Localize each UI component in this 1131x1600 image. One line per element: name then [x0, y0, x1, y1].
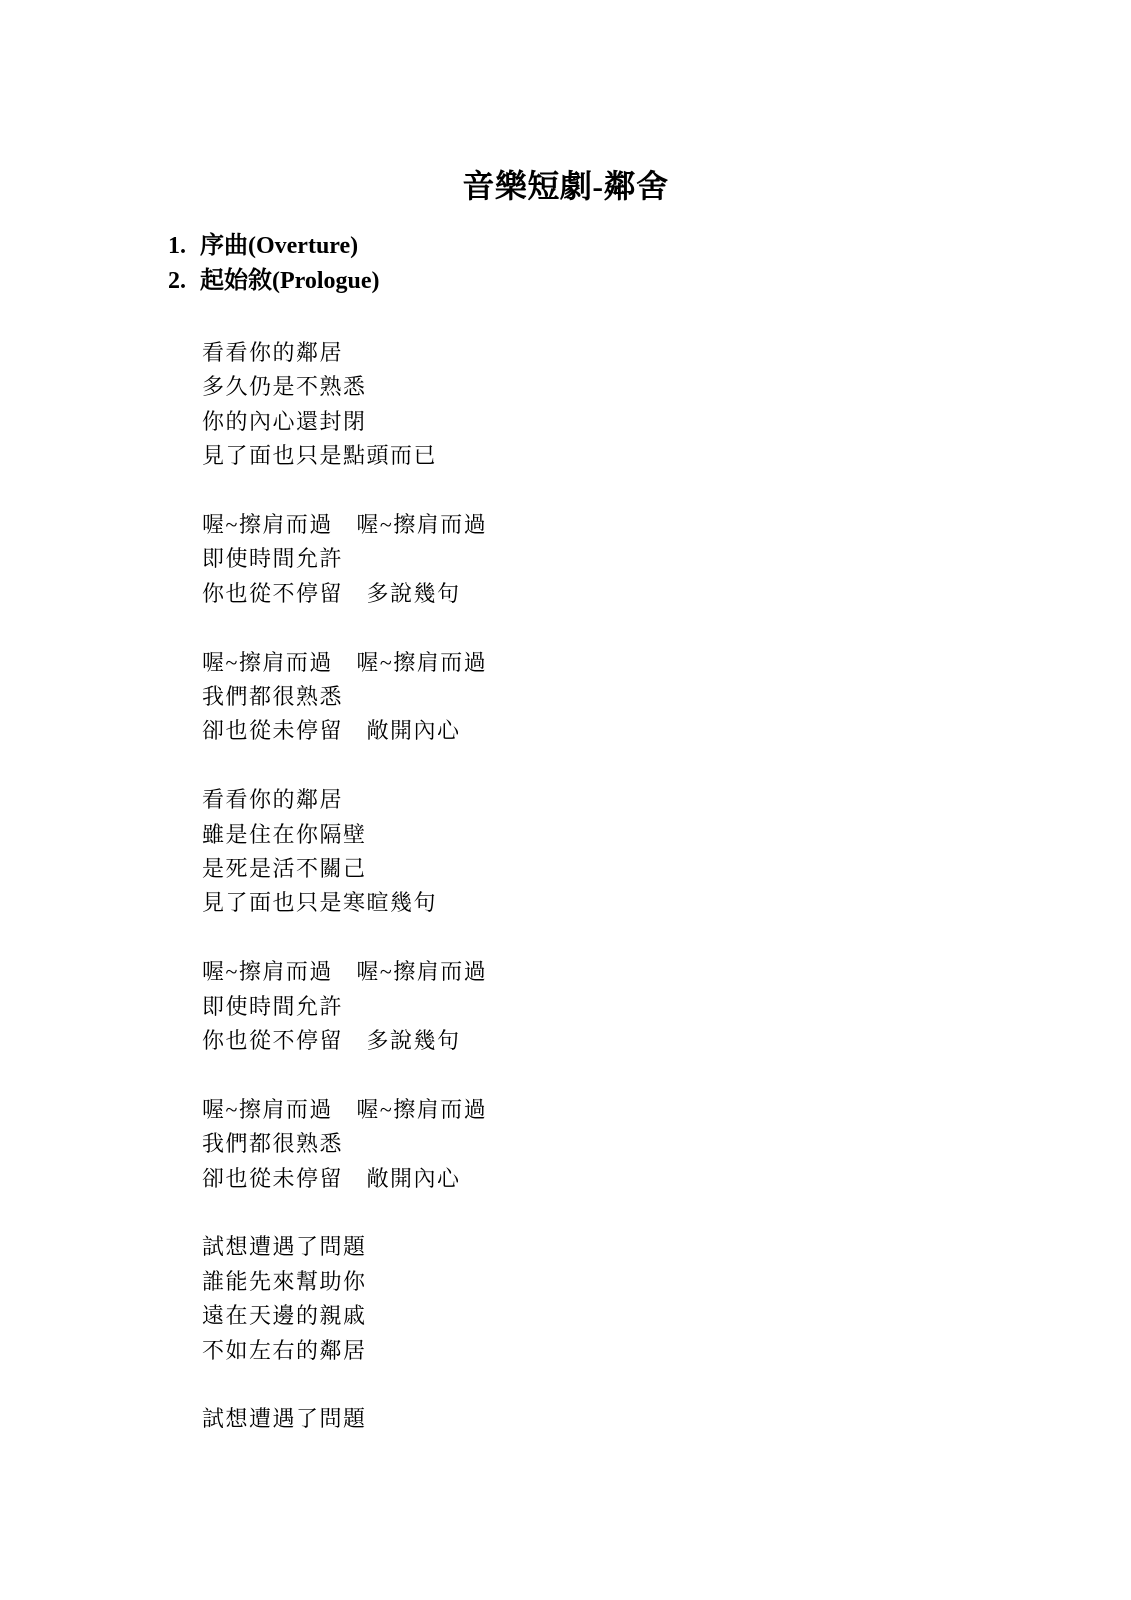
stanza: 喔~擦肩而過 喔~擦肩而過 即使時間允許 你也從不停留 多說幾句	[202, 508, 487, 611]
song-list: 1. 序曲(Overture) 2. 起始敘(Prologue)	[168, 229, 380, 299]
stanza: 喔~擦肩而過 喔~擦肩而過 我們都很熟悉 卻也從未停留 敞開內心	[202, 1093, 487, 1196]
lyric-line: 不如左右的鄰居	[202, 1334, 487, 1368]
stanza: 試想遭遇了問題	[202, 1402, 487, 1436]
lyric-line: 遠在天邊的親戚	[202, 1299, 487, 1333]
list-item: 2. 起始敘(Prologue)	[168, 264, 380, 299]
lyric-line: 卻也從未停留 敞開內心	[202, 1162, 487, 1196]
lyric-line: 喔~擦肩而過 喔~擦肩而過	[202, 646, 487, 680]
page-title: 音樂短劇-鄰舍	[0, 167, 1131, 205]
lyric-line: 我們都很熟悉	[202, 680, 487, 714]
list-item: 1. 序曲(Overture)	[168, 229, 380, 264]
lyric-line: 即使時間允許	[202, 990, 487, 1024]
lyric-line: 你也從不停留 多說幾句	[202, 1024, 487, 1058]
stanza: 試想遭遇了問題 誰能先來幫助你 遠在天邊的親戚 不如左右的鄰居	[202, 1230, 487, 1368]
lyric-line: 卻也從未停留 敞開內心	[202, 714, 487, 748]
lyric-line: 多久仍是不熟悉	[202, 370, 487, 404]
item-label: 序曲(Overture)	[200, 229, 358, 264]
lyric-line: 試想遭遇了問題	[202, 1402, 487, 1436]
lyrics-section: 看看你的鄰居 多久仍是不熟悉 你的內心還封閉 見了面也只是點頭而已 喔~擦肩而過…	[202, 336, 487, 1471]
lyric-line: 誰能先來幫助你	[202, 1265, 487, 1299]
lyric-line: 看看你的鄰居	[202, 783, 487, 817]
stanza: 喔~擦肩而過 喔~擦肩而過 即使時間允許 你也從不停留 多說幾句	[202, 955, 487, 1058]
item-number: 1.	[168, 229, 200, 264]
stanza: 看看你的鄰居 雖是住在你隔壁 是死是活不關己 見了面也只是寒暄幾句	[202, 783, 487, 921]
lyric-line: 我們都很熟悉	[202, 1127, 487, 1161]
lyric-line: 是死是活不關己	[202, 852, 487, 886]
lyric-line: 雖是住在你隔壁	[202, 818, 487, 852]
lyric-line: 喔~擦肩而過 喔~擦肩而過	[202, 1093, 487, 1127]
document-page: 音樂短劇-鄰舍 1. 序曲(Overture) 2. 起始敘(Prologue)…	[0, 0, 1131, 1600]
lyric-line: 喔~擦肩而過 喔~擦肩而過	[202, 955, 487, 989]
stanza: 看看你的鄰居 多久仍是不熟悉 你的內心還封閉 見了面也只是點頭而已	[202, 336, 487, 474]
stanza: 喔~擦肩而過 喔~擦肩而過 我們都很熟悉 卻也從未停留 敞開內心	[202, 646, 487, 749]
lyric-line: 試想遭遇了問題	[202, 1230, 487, 1264]
lyric-line: 你也從不停留 多說幾句	[202, 577, 487, 611]
item-number: 2.	[168, 264, 200, 299]
lyric-line: 即使時間允許	[202, 542, 487, 576]
lyric-line: 喔~擦肩而過 喔~擦肩而過	[202, 508, 487, 542]
lyric-line: 你的內心還封閉	[202, 405, 487, 439]
lyric-line: 看看你的鄰居	[202, 336, 487, 370]
item-label: 起始敘(Prologue)	[200, 264, 380, 299]
lyric-line: 見了面也只是點頭而已	[202, 439, 487, 473]
lyric-line: 見了面也只是寒暄幾句	[202, 886, 487, 920]
